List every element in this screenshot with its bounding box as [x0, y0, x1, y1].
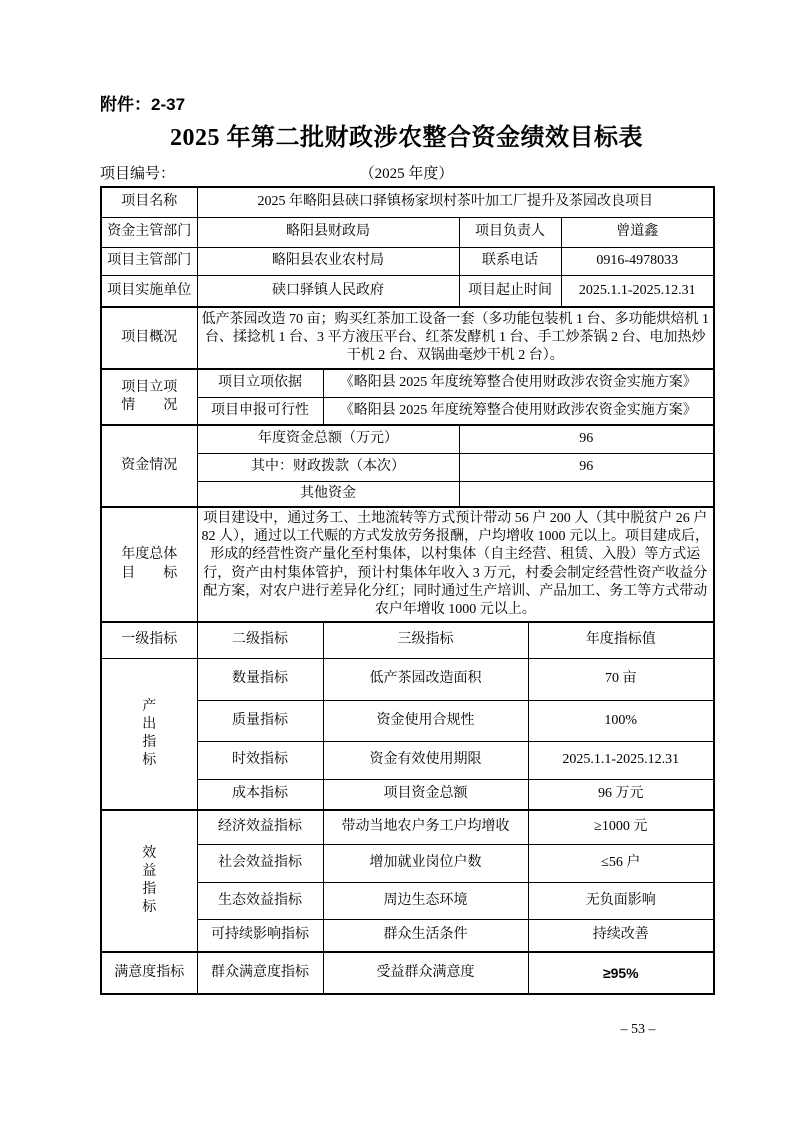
funding-other-label: 其他资金	[197, 481, 459, 507]
funding-fiscal-label: 其中：财政拨款（本次）	[197, 453, 459, 481]
output-time-level2: 时效指标	[197, 741, 323, 779]
project-leader-label: 项目负责人	[459, 217, 561, 247]
benefit-economic-value: ≥1000 元	[528, 810, 714, 844]
benefit-eco-level2: 生态效益指标	[197, 882, 323, 919]
benefit-sustain-level2: 可持续影响指标	[197, 919, 323, 952]
year-label: （2025 年度）	[100, 162, 713, 183]
attachment-label: 附件：2-37	[100, 90, 185, 115]
table-row: 满意度指标 群众满意度指标 受益群众满意度 ≥95%	[101, 952, 714, 994]
header-level3: 三级指标	[323, 622, 528, 658]
initiation-label: 项目立项 情 况	[101, 369, 197, 425]
funding-label: 资金情况	[101, 425, 197, 507]
benefit-eco-level3: 周边生态环境	[323, 882, 528, 919]
duration-value: 2025.1.1-2025.12.31	[561, 275, 714, 307]
output-quality-level2: 质量指标	[197, 700, 323, 741]
benefit-social-level2: 社会效益指标	[197, 844, 323, 882]
initiation-feasibility-value: 《略阳县 2025 年度统筹整合使用财政涉农资金实施方案》	[323, 397, 714, 425]
table-row: 资金主管部门 略阳县财政局 项目负责人 曾道鑫	[101, 217, 714, 247]
impl-unit-value: 硖口驿镇人民政府	[197, 275, 459, 307]
initiation-basis-value: 《略阳县 2025 年度统筹整合使用财政涉农资金实施方案》	[323, 369, 714, 397]
table-row: 效 益 指 标 经济效益指标 带动当地农户务工户均增收 ≥1000 元	[101, 810, 714, 844]
overview-label: 项目概况	[101, 307, 197, 369]
funding-total-label: 年度资金总额（万元）	[197, 425, 459, 453]
satisfaction-level2: 群众满意度指标	[197, 952, 323, 994]
project-leader-value: 曾道鑫	[561, 217, 714, 247]
output-cost-value: 96 万元	[528, 779, 714, 810]
output-indicator-label: 产 出 指 标	[101, 658, 197, 810]
funding-fiscal-value: 96	[459, 453, 714, 481]
header-level2: 二级指标	[197, 622, 323, 658]
fund-dept-value: 略阳县财政局	[197, 217, 459, 247]
output-quantity-level3: 低产茶园改造面积	[323, 658, 528, 700]
fund-dept-label: 资金主管部门	[101, 217, 197, 247]
project-dept-value: 略阳县农业农村局	[197, 247, 459, 275]
duration-label: 项目起止时间	[459, 275, 561, 307]
overview-text: 低产茶园改造 70 亩；购买红茶加工设备一套（多功能包装机 1 台、多功能烘焙机…	[197, 307, 714, 369]
indicator-header-row: 一级指标 二级指标 三级指标 年度指标值	[101, 622, 714, 658]
satisfaction-label: 满意度指标	[101, 952, 197, 994]
table-row: 项目立项 情 况 项目立项依据 《略阳县 2025 年度统筹整合使用财政涉农资金…	[101, 369, 714, 397]
document-page: 附件：2-37 2025 年第二批财政涉农整合资金绩效目标表 项目编号： （20…	[0, 0, 793, 1122]
satisfaction-level3: 受益群众满意度	[323, 952, 528, 994]
table-row: 项目概况 低产茶园改造 70 亩；购买红茶加工设备一套（多功能包装机 1 台、多…	[101, 307, 714, 369]
annual-goal-label: 年度总体 目 标	[101, 507, 197, 622]
funding-other-value	[459, 481, 714, 507]
impl-unit-label: 项目实施单位	[101, 275, 197, 307]
benefit-eco-value: 无负面影响	[528, 882, 714, 919]
page-title: 2025 年第二批财政涉农整合资金绩效目标表	[100, 117, 713, 152]
output-time-value: 2025.1.1-2025.12.31	[528, 741, 714, 779]
table-row: 年度总体 目 标 项目建设中，通过务工、土地流转等方式预计带动 56 户 200…	[101, 507, 714, 622]
project-name-label: 项目名称	[101, 187, 197, 217]
satisfaction-value: ≥95%	[528, 952, 714, 994]
header-level1: 一级指标	[101, 622, 197, 658]
output-quantity-value: 70 亩	[528, 658, 714, 700]
initiation-basis-label: 项目立项依据	[197, 369, 323, 397]
table-row: 项目名称 2025 年略阳县硖口驿镇杨家坝村茶叶加工厂提升及茶园改良项目	[101, 187, 714, 217]
initiation-feasibility-label: 项目申报可行性	[197, 397, 323, 425]
phone-value: 0916-4978033	[561, 247, 714, 275]
output-quantity-level2: 数量指标	[197, 658, 323, 700]
output-cost-level3: 项目资金总额	[323, 779, 528, 810]
benefit-social-level3: 增加就业岗位户数	[323, 844, 528, 882]
performance-target-table: 项目名称 2025 年略阳县硖口驿镇杨家坝村茶叶加工厂提升及茶园改良项目 资金主…	[100, 186, 715, 995]
benefit-economic-level3: 带动当地农户务工户均增收	[323, 810, 528, 844]
output-quality-value: 100%	[528, 700, 714, 741]
project-number-label: 项目编号：	[100, 162, 175, 183]
project-name-value: 2025 年略阳县硖口驿镇杨家坝村茶叶加工厂提升及茶园改良项目	[197, 187, 714, 217]
funding-total-value: 96	[459, 425, 714, 453]
output-quality-level3: 资金使用合规性	[323, 700, 528, 741]
table-row: 项目实施单位 硖口驿镇人民政府 项目起止时间 2025.1.1-2025.12.…	[101, 275, 714, 307]
output-time-level3: 资金有效使用期限	[323, 741, 528, 779]
phone-label: 联系电话	[459, 247, 561, 275]
benefit-indicator-label: 效 益 指 标	[101, 810, 197, 952]
project-dept-label: 项目主管部门	[101, 247, 197, 275]
benefit-sustain-level3: 群众生活条件	[323, 919, 528, 952]
table-row: 资金情况 年度资金总额（万元） 96	[101, 425, 714, 453]
page-number: – 53 –	[576, 1022, 700, 1038]
header-annual-value: 年度指标值	[528, 622, 714, 658]
output-cost-level2: 成本指标	[197, 779, 323, 810]
benefit-economic-level2: 经济效益指标	[197, 810, 323, 844]
meta-row: 项目编号： （2025 年度）	[100, 162, 713, 182]
table-row: 产 出 指 标 数量指标 低产茶园改造面积 70 亩	[101, 658, 714, 700]
benefit-sustain-value: 持续改善	[528, 919, 714, 952]
table-row: 项目主管部门 略阳县农业农村局 联系电话 0916-4978033	[101, 247, 714, 275]
annual-goal-text: 项目建设中，通过务工、土地流转等方式预计带动 56 户 200 人（其中脱贫户 …	[197, 507, 714, 622]
benefit-social-value: ≤56 户	[528, 844, 714, 882]
